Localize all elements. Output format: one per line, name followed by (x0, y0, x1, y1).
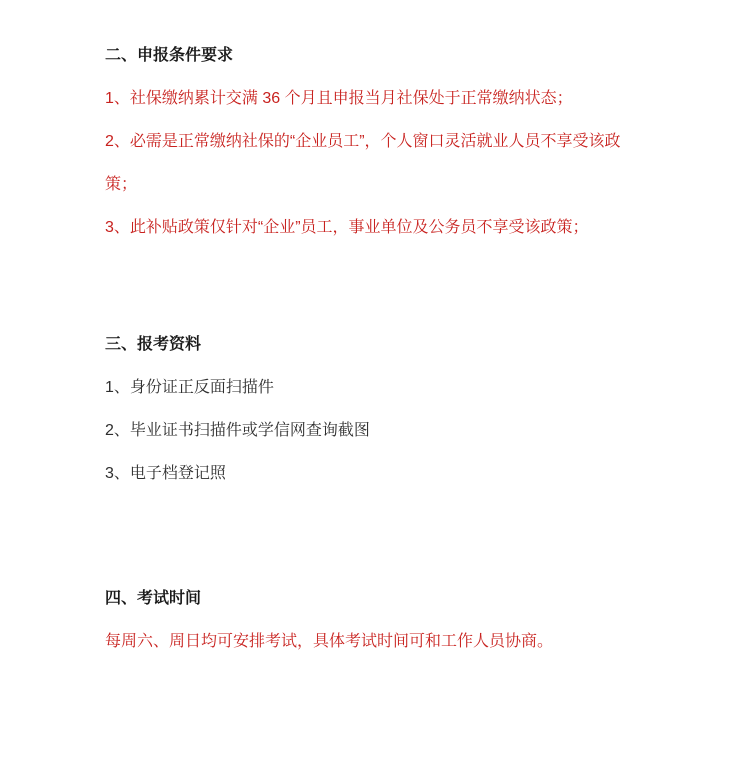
section-heading: 二、申报条件要求 (105, 34, 655, 77)
section-exam-materials: 三、报考资料 1、身份证正反面扫描件 2、毕业证书扫描件或学信网查询截图 3、电… (105, 323, 655, 495)
list-item: 2、必需是正常缴纳社保的“企业员工”，个人窗口灵活就业人员不享受该政 策； (105, 120, 655, 206)
section-heading: 三、报考资料 (105, 323, 655, 366)
list-item: 1、身份证正反面扫描件 (105, 366, 655, 409)
document-page: 二、申报条件要求 1、社保缴纳累计交满 36 个月且申报当月社保处于正常缴纳状态… (0, 0, 747, 777)
list-item: 3、此补贴政策仅针对“企业”员工，事业单位及公务员不享受该政策； (105, 206, 655, 249)
list-item: 3、电子档登记照 (105, 452, 655, 495)
list-item: 1、社保缴纳累计交满 36 个月且申报当月社保处于正常缴纳状态； (105, 77, 655, 120)
list-item: 2、毕业证书扫描件或学信网查询截图 (105, 409, 655, 452)
section-heading: 四、考试时间 (105, 577, 655, 620)
section-spacer (105, 495, 655, 577)
section-application-requirements: 二、申报条件要求 1、社保缴纳累计交满 36 个月且申报当月社保处于正常缴纳状态… (105, 34, 655, 249)
list-item: 每周六、周日均可安排考试，具体考试时间可和工作人员协商。 (105, 620, 655, 663)
section-spacer (105, 249, 655, 323)
section-exam-time: 四、考试时间 每周六、周日均可安排考试，具体考试时间可和工作人员协商。 (105, 577, 655, 663)
